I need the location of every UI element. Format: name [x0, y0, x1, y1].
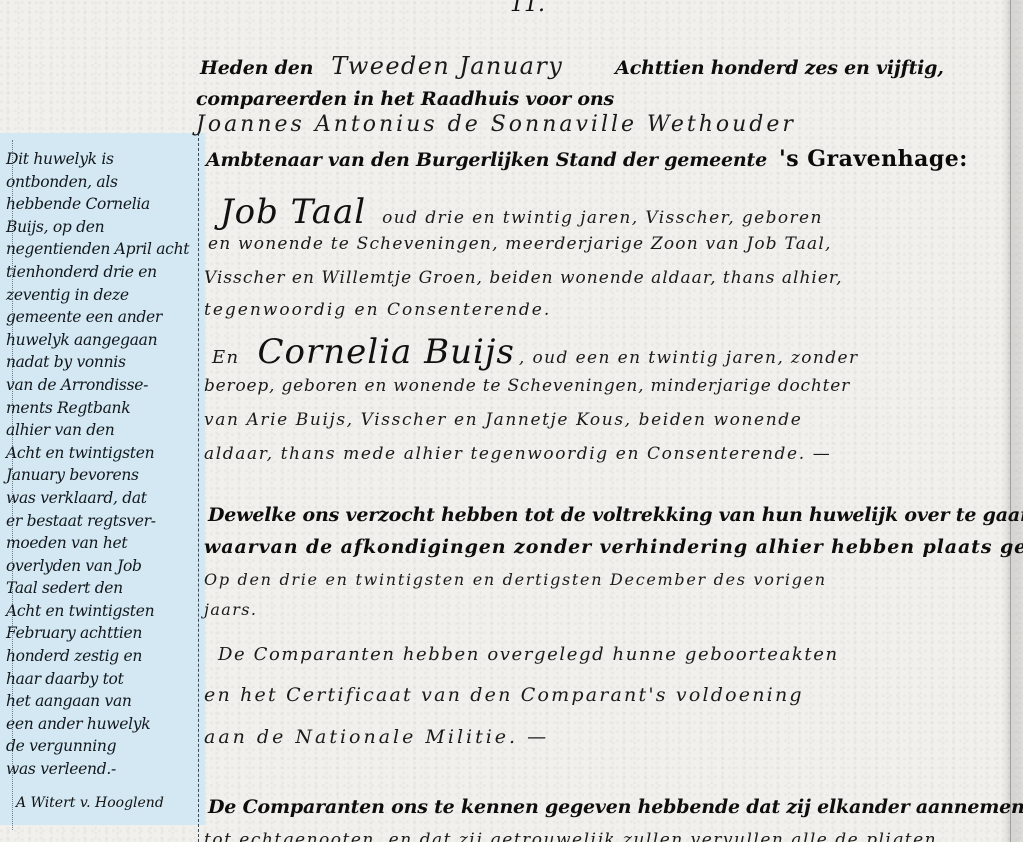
record-line-banns: waarvan de afkondigingen zonder verhinde… [204, 536, 1023, 558]
handwritten-declaration-continued: tot echtgenooten, en dat zij getrouwelij… [204, 830, 937, 842]
margin-note-line: het aangaan van [6, 690, 198, 713]
margin-note-line: alhier van den [6, 419, 198, 442]
groom-line-1: Job Taal oud drie en twintig jaren, Viss… [220, 192, 823, 232]
handwritten-documents-line-2: en het Certificaat van den Comparant's v… [204, 684, 804, 706]
margin-note-line: honderd zestig en [6, 645, 198, 668]
handwritten-documents-line-3: aan de Nationale Militie. — [204, 726, 549, 748]
folio-number: 11. [510, 0, 545, 17]
page-edge-line [1010, 0, 1011, 842]
record-line-date: Heden den Tweeden January Achttien honde… [200, 52, 944, 80]
margin-note-line: ontbonden, als [6, 171, 198, 194]
margin-signature: A Witert v. Hooglend [16, 795, 164, 811]
bride-line-4: aldaar, thans mede alhier tegenwoordig e… [204, 444, 831, 464]
margin-note-line: negentienden April acht [6, 238, 198, 261]
record-line-registrar: Ambtenaar van den Burgerlijken Stand der… [206, 146, 968, 172]
margin-note-line: overlyden van Job [6, 555, 198, 578]
handwritten-documents-line-1: De Comparanten hebben overgelegd hunne g… [218, 644, 839, 665]
margin-note-line: Acht en twintigsten [6, 600, 198, 623]
handwritten-text: , oud een en twintig jaren, zonder [519, 348, 859, 368]
page-edge-shadow [1001, 0, 1023, 842]
record-line-request: Dewelke ons verzocht hebben tot de voltr… [208, 504, 1023, 526]
record-line-declaration: De Comparanten ons te kennen gegeven heb… [208, 796, 1023, 818]
handwritten-text: oud drie en twintig jaren, Visscher, geb… [382, 208, 823, 228]
handwritten-date: Tweeden January [331, 52, 563, 80]
margin-note-line: moeden van het [6, 532, 198, 555]
margin-note-line: was verklaard, dat [6, 487, 198, 510]
margin-note-line: Buijs, op den [6, 216, 198, 239]
handwritten-banns-year: jaars. [204, 600, 257, 619]
civil-marriage-record-page: 11. Dit huwelyk is ontbonden, als hebben… [0, 0, 1023, 842]
margin-note-line: February achttien [6, 622, 198, 645]
margin-note-line: Acht en twintigsten [6, 442, 198, 465]
margin-note-line: January bevorens [6, 464, 198, 487]
bride-name: Cornelia Buijs [258, 332, 515, 372]
margin-note-line: huwelyk aangegaan [6, 329, 198, 352]
margin-note-line: haar daarby tot [6, 668, 198, 691]
margin-note-line: tienhonderd drie en [6, 261, 198, 284]
handwritten-official-name: Joannes Antonius de Sonnaville Wethouder [196, 112, 796, 137]
bride-line-2: beroep, geboren en wonende te Schevening… [204, 376, 850, 396]
groom-name: Job Taal [220, 192, 366, 232]
municipality-name: 's Gravenhage: [779, 146, 968, 172]
handwritten-text: En [212, 347, 240, 368]
margin-note-line: Dit huwelyk is [6, 148, 198, 171]
record-line-appeared: compareerden in het Raadhuis voor ons [196, 88, 614, 110]
margin-note-line: zeventig in deze [6, 284, 198, 307]
margin-note-line: een ander huwelyk [6, 713, 198, 736]
groom-line-3: Visscher en Willemtje Groen, beiden wone… [204, 268, 843, 288]
printed-text: Heden den [200, 57, 313, 79]
printed-year: Achttien honderd zes en vijftig, [615, 57, 944, 79]
margin-note-line: er bestaat regtsver- [6, 510, 198, 533]
groom-line-2: en wonende te Scheveningen, meerderjarig… [208, 234, 832, 254]
margin-note-divorce-annotation: Dit huwelyk is ontbonden, als hebbende C… [6, 148, 198, 781]
margin-note-line: de vergunning [6, 735, 198, 758]
groom-line-4: tegenwoordig en Consenterende. [204, 300, 551, 320]
margin-note-line: Taal sedert den [6, 577, 198, 600]
margin-rule [198, 133, 199, 842]
margin-note-line: van de Arrondisse- [6, 374, 198, 397]
margin-note-line: nadat by vonnis [6, 351, 198, 374]
margin-note-line: hebbende Cornelia [6, 193, 198, 216]
bride-line-3: van Arie Buijs, Visscher en Jannetje Kou… [204, 410, 802, 430]
margin-note-line: was verleend.- [6, 758, 198, 781]
bride-line-1: En Cornelia Buijs , oud een en twintig j… [212, 332, 859, 372]
margin-note-line: gemeente een ander [6, 306, 198, 329]
handwritten-banns-dates: Op den drie en twintigsten en dertigsten… [204, 570, 827, 589]
printed-text: Ambtenaar van den Burgerlijken Stand der… [206, 149, 767, 171]
margin-note-line: ments Regtbank [6, 397, 198, 420]
